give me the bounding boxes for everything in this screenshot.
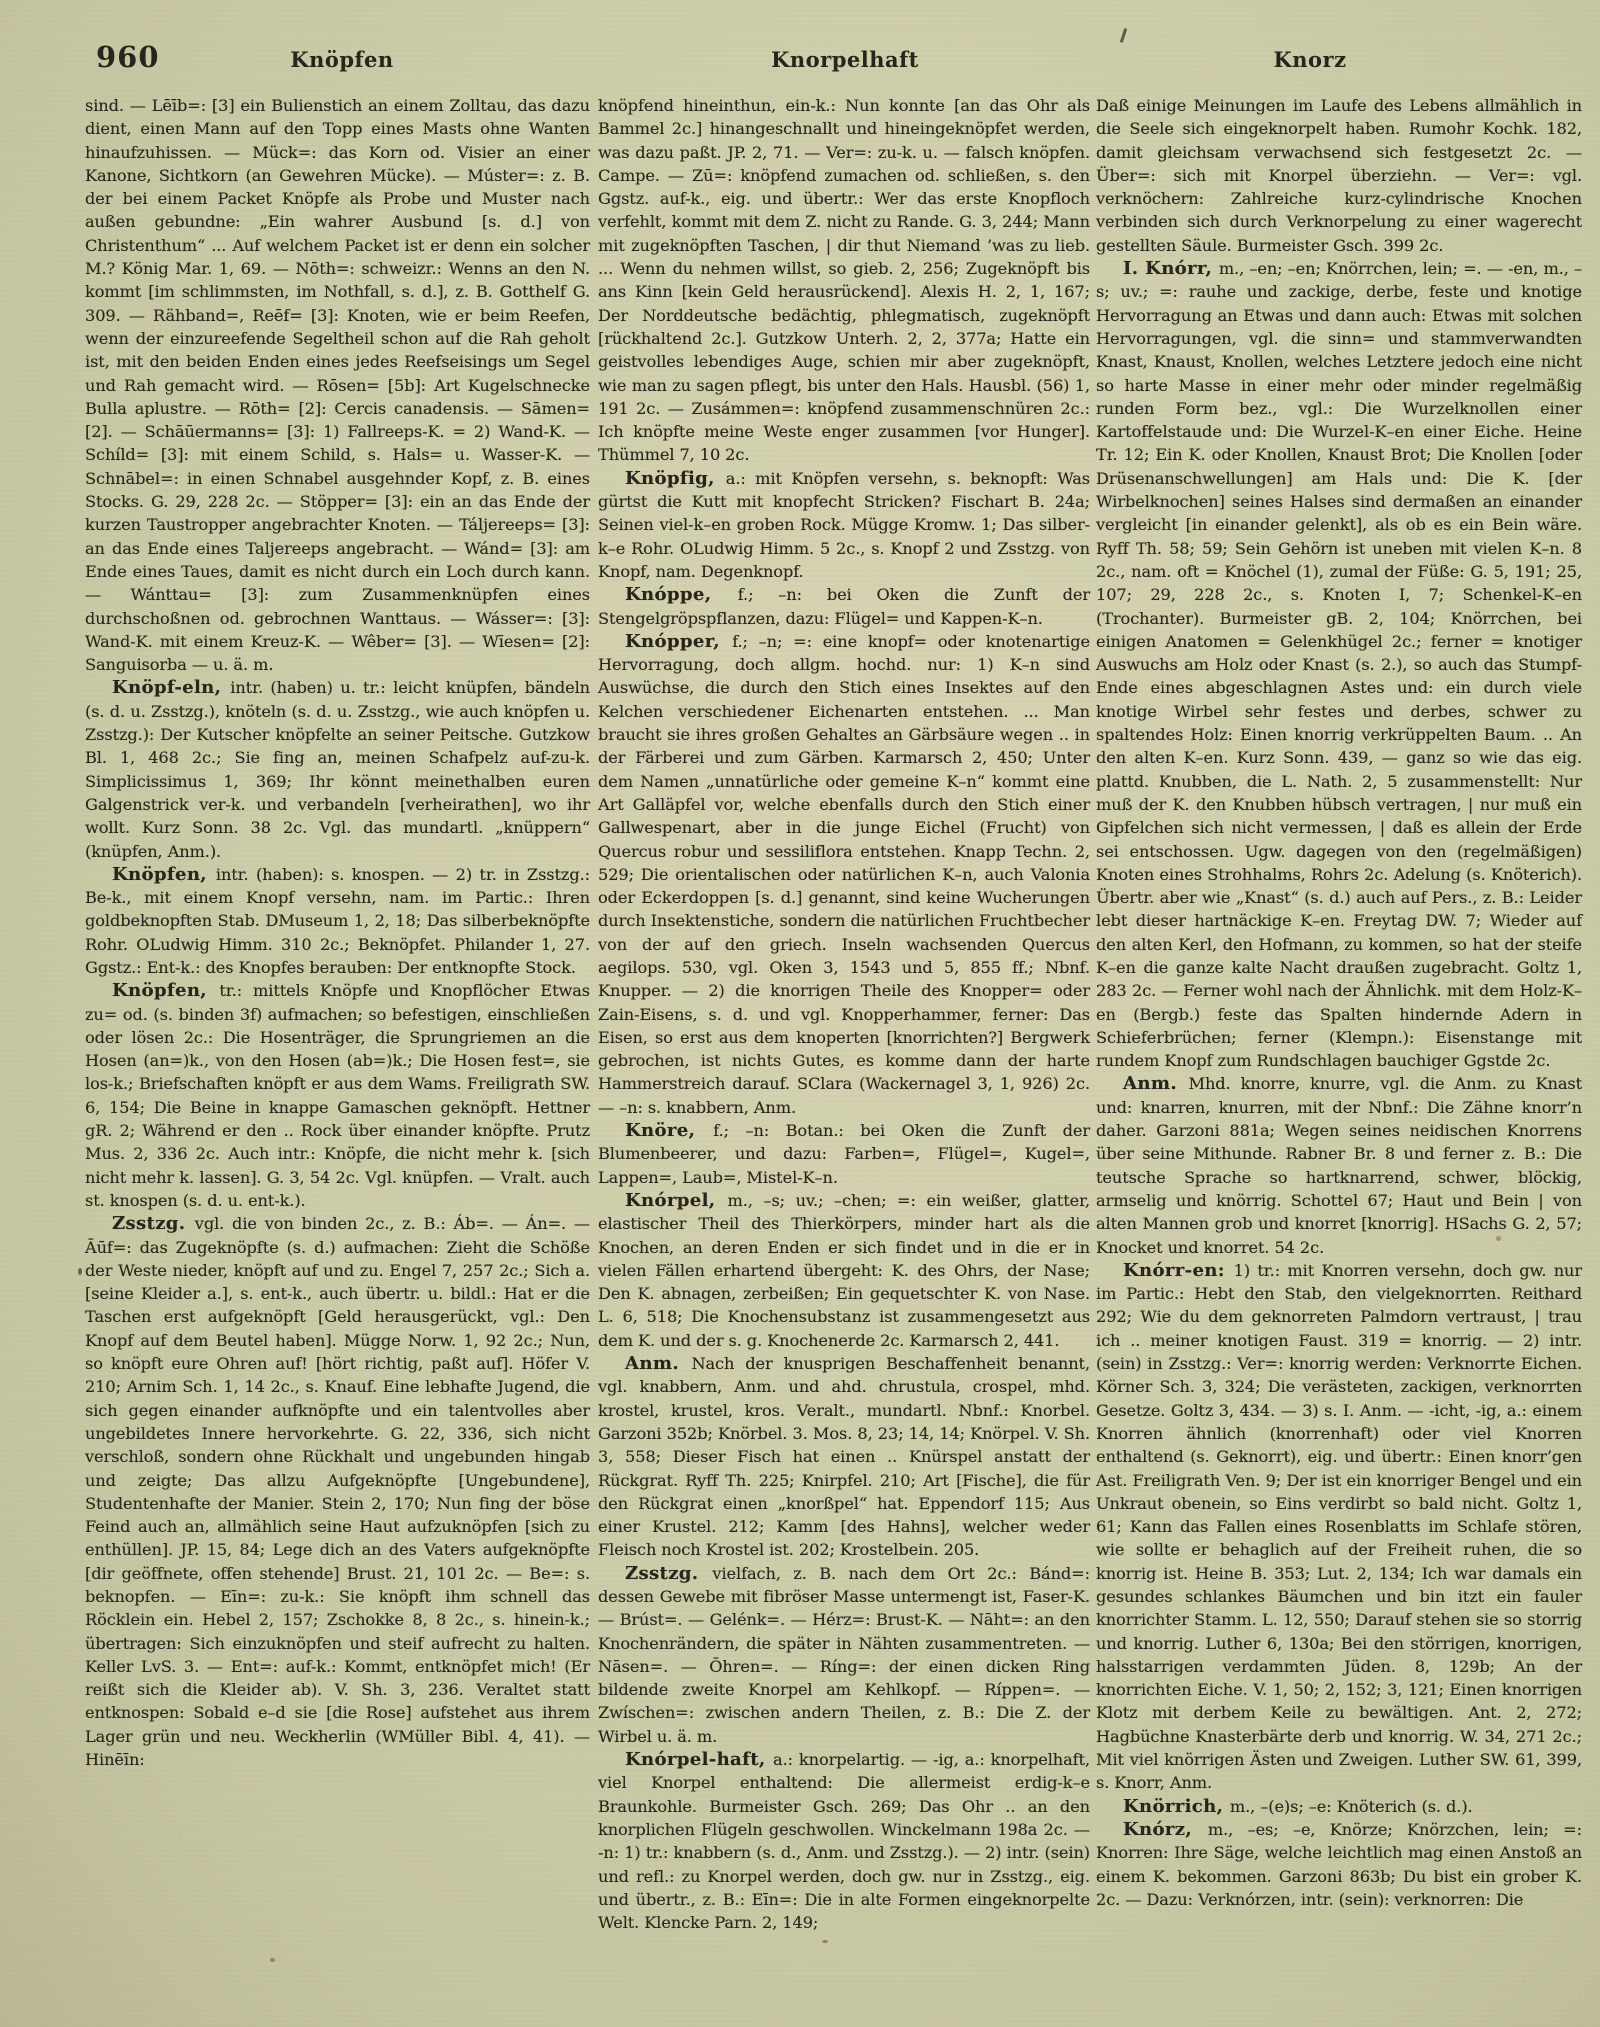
- dictionary-page: 960 Knöpfen Knorpelhaft Knorz sind. — Lē…: [0, 0, 1600, 2027]
- entry-knoepfeln: Knöpf-eln, intr. (haben) u. tr.: leicht …: [85, 676, 590, 862]
- entry-headword: I. Knórr,: [1123, 258, 1219, 279]
- ink-mark: [1120, 28, 1127, 43]
- entry-knopper: Knópper, f.; –n; =: eine knopf= oder kno…: [598, 630, 1090, 1119]
- entry-knoepfen-1: Knöpfen, intr. (haben): s. knospen. — 2)…: [85, 863, 590, 979]
- running-head-knorz: Knorz: [1273, 47, 1346, 72]
- entry-headword: Knöpfen,: [112, 980, 219, 1001]
- zsstzg-knoepfen-continuation: knöpfend hineinthun, ein-k.: Nun konnte …: [598, 94, 1090, 467]
- knorr-anmerkung: Anm. Mhd. knorre, knurre, vgl. die Anm. …: [1096, 1072, 1582, 1258]
- entry-headword: Knöpfig,: [625, 468, 726, 489]
- dictionary-column-1: sind. — Lēīb=: [3] ein Bulienstich an ei…: [85, 94, 590, 1771]
- entry-headword: Anm.: [625, 1353, 691, 1374]
- entry-headword: Zsstzg.: [112, 1213, 195, 1234]
- entry-knorr: I. Knórr, m., –en; –en; Knörrchen, lein;…: [1096, 257, 1582, 1072]
- entry-knoerrich: Knörrich, m., –(e)s; –e: Knöterich (s. d…: [1096, 1795, 1582, 1818]
- entry-knorz: Knórz, m., –es; –e, Knörze; Knörzchen, l…: [1096, 1818, 1582, 1911]
- entry-headword: Knöre,: [625, 1120, 713, 1141]
- entry-headword: Knórpel-haft,: [625, 1749, 773, 1770]
- ink-speck: [78, 1268, 82, 1275]
- entry-knoppe: Knóppe, f.; –n: bei Oken die Zunft der S…: [598, 583, 1090, 630]
- page-number: 960: [96, 40, 160, 74]
- zsstzg-knoepfen: Zsstzg. vgl. die von binden 2c., z. B.: …: [85, 1212, 590, 1771]
- dictionary-column-2: knöpfend hineinthun, ein-k.: Nun konnte …: [598, 94, 1090, 1934]
- knorpel-anmerkung: Anm. Nach der knusprigen Beschaffenheit …: [598, 1352, 1090, 1562]
- paper-fleck: [822, 1940, 828, 1943]
- paper-fleck: [270, 1958, 275, 1962]
- entry-headword: Knörrich,: [1123, 1796, 1230, 1817]
- entry-headword: Knöpf-eln,: [112, 677, 230, 698]
- entry-knoepfen-2: Knöpfen, tr.: mittels Knöpfe und Knopflö…: [85, 979, 590, 1212]
- entry-knorren: Knórr-en: 1) tr.: mit Knorren versehn, d…: [1096, 1259, 1582, 1795]
- entry-knoepfig: Knöpfig, a.: mit Knöpfen versehn, s. bek…: [598, 467, 1090, 583]
- running-head-knorpelhaft: Knorpelhaft: [771, 47, 919, 72]
- dictionary-column-3: Daß einige Meinungen im Laufe des Lebens…: [1096, 94, 1582, 1911]
- entry-headword: Zsstzg.: [625, 1563, 712, 1584]
- running-head-knoepfen: Knöpfen: [290, 47, 393, 72]
- entry-headword: Knöpfen,: [112, 864, 216, 885]
- entry-headword: Knóppe,: [625, 584, 738, 605]
- entry-headword: Knórr-en:: [1123, 1260, 1234, 1281]
- entry-headword: Anm.: [1123, 1073, 1189, 1094]
- entry-knorpelhaft: Knórpel-haft, a.: knorpelartig. — -ig, a…: [598, 1748, 1090, 1934]
- zsstzg-knorpeln-continuation: Daß einige Meinungen im Laufe des Lebens…: [1096, 94, 1582, 257]
- entry-knorpel: Knórpel, m., –s; uv.; –chen; =: ein weiß…: [598, 1189, 1090, 1352]
- entry-knoere: Knöre, f.; –n: Botan.: bei Oken die Zunf…: [598, 1119, 1090, 1189]
- entry-headword: Knórpel,: [625, 1190, 728, 1211]
- entry-headword: Knópper,: [625, 631, 732, 652]
- knopf-compounds-continuation: sind. — Lēīb=: [3] ein Bulienstich an ei…: [85, 94, 590, 676]
- entry-headword: Knórz,: [1123, 1819, 1208, 1840]
- zsstzg-knorpel: Zsstzg. vielfach, z. B. nach dem Ort 2c.…: [598, 1562, 1090, 1748]
